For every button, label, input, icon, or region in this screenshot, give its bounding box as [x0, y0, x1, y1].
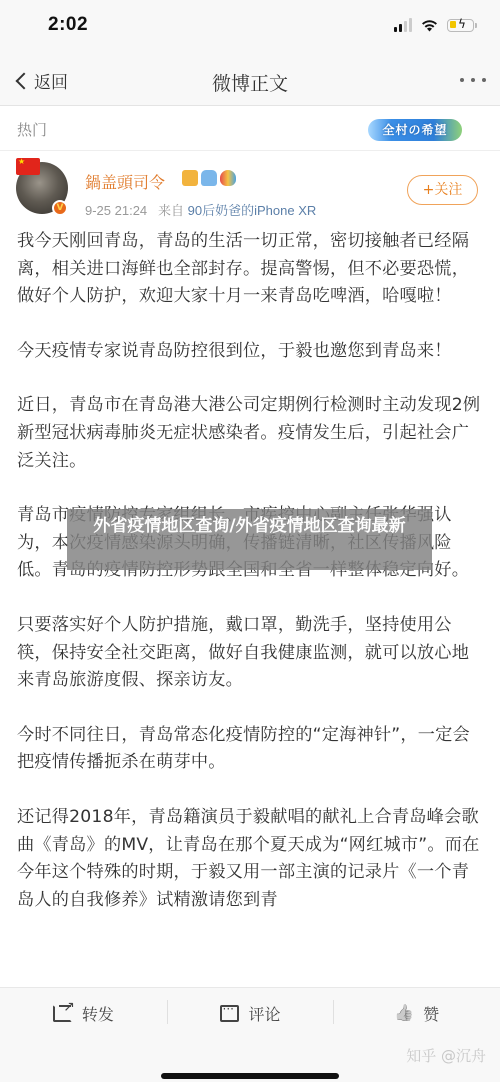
- source-prefix: 来自: [158, 203, 184, 218]
- like-label: 赞: [423, 1002, 439, 1025]
- more-dot: [471, 78, 475, 82]
- post-source[interactable]: 90后奶爸的iPhone XR: [188, 203, 317, 218]
- repost-icon: [53, 1005, 72, 1022]
- post-body: 我今天刚回青岛，青岛的生活一切正常，密切接触者已经隔离，相关进口海鲜也全部封存。…: [17, 228, 483, 941]
- overlay-caption: 外省疫情地区查询/外省疫情地区查询最新: [67, 509, 432, 570]
- post-paragraph: 今时不同往日，青岛常态化疫情防控的“定海神针”，一定会把疫情传播扼杀在萌芽中。: [17, 722, 483, 777]
- cellular-signal-icon: [394, 18, 412, 32]
- verified-badge-icon: V: [52, 200, 68, 216]
- crown-badge-icon[interactable]: [182, 170, 198, 186]
- post-timestamp: 9-25 21:24: [85, 203, 147, 218]
- comment-button[interactable]: 评论: [167, 988, 334, 1039]
- post-header: V 鍋盖頭司令 9-25 21:24 来自 90后奶爸的iPhone XR +关…: [0, 152, 500, 224]
- post-paragraph: 还记得2018年，青岛籍演员于毅献唱的献礼上合青岛峰会歌曲《青岛》的MV，让青岛…: [17, 804, 483, 914]
- user-badges: [182, 170, 236, 186]
- more-dot: [482, 78, 486, 82]
- thumbs-up-icon: [394, 1005, 413, 1022]
- battery-charging-icon: ϟ: [447, 19, 474, 32]
- page-title: 微博正文: [0, 69, 500, 96]
- comment-icon: [220, 1005, 239, 1022]
- post-paragraph: 近日，青岛市在青岛港大港公司定期例行检测时主动发现2例新型冠状病毒肺炎无症状感染…: [17, 392, 483, 475]
- post-paragraph: 我今天刚回青岛，青岛的生活一切正常，密切接触者已经隔离，相关进口海鲜也全部封存。…: [17, 228, 483, 311]
- status-icons: ϟ: [394, 18, 474, 32]
- action-bar: 转发 评论 赞: [0, 987, 500, 1039]
- balloon-badge-icon[interactable]: [220, 170, 236, 186]
- repost-button[interactable]: 转发: [0, 988, 167, 1039]
- repost-label: 转发: [82, 1002, 114, 1025]
- bottom-area: 知乎 @沉舟: [0, 1039, 500, 1082]
- status-bar: 2:02 ϟ: [0, 0, 500, 56]
- author-name[interactable]: 鍋盖頭司令: [85, 170, 165, 193]
- hot-label: 热门: [17, 119, 47, 140]
- like-button[interactable]: 赞: [333, 988, 500, 1039]
- more-button[interactable]: [460, 78, 486, 82]
- home-indicator[interactable]: [161, 1073, 339, 1079]
- comment-label: 评论: [249, 1002, 281, 1025]
- backpack-badge-icon[interactable]: [201, 170, 217, 186]
- post-paragraph: 只要落实好个人防护措施，戴口罩，勤洗手，坚持使用公筷，保持安全社交距离，做好自我…: [17, 612, 483, 695]
- more-dots-icon: [460, 78, 464, 82]
- post-paragraph: 今天疫情专家说青岛防控很到位，于毅也邀您到青岛来！: [17, 338, 483, 366]
- follow-button[interactable]: +关注: [407, 175, 478, 205]
- status-time: 2:02: [48, 14, 88, 36]
- nav-bar: 返回 微博正文: [0, 56, 500, 106]
- post-meta: 9-25 21:24 来自 90后奶爸的iPhone XR: [85, 200, 316, 219]
- watermark: 知乎 @沉舟: [406, 1045, 486, 1066]
- flag-icon: [16, 158, 40, 175]
- hot-bar: 热门 全村の希望: [0, 107, 500, 151]
- wifi-icon: [421, 19, 438, 32]
- hot-badge[interactable]: 全村の希望: [368, 119, 462, 141]
